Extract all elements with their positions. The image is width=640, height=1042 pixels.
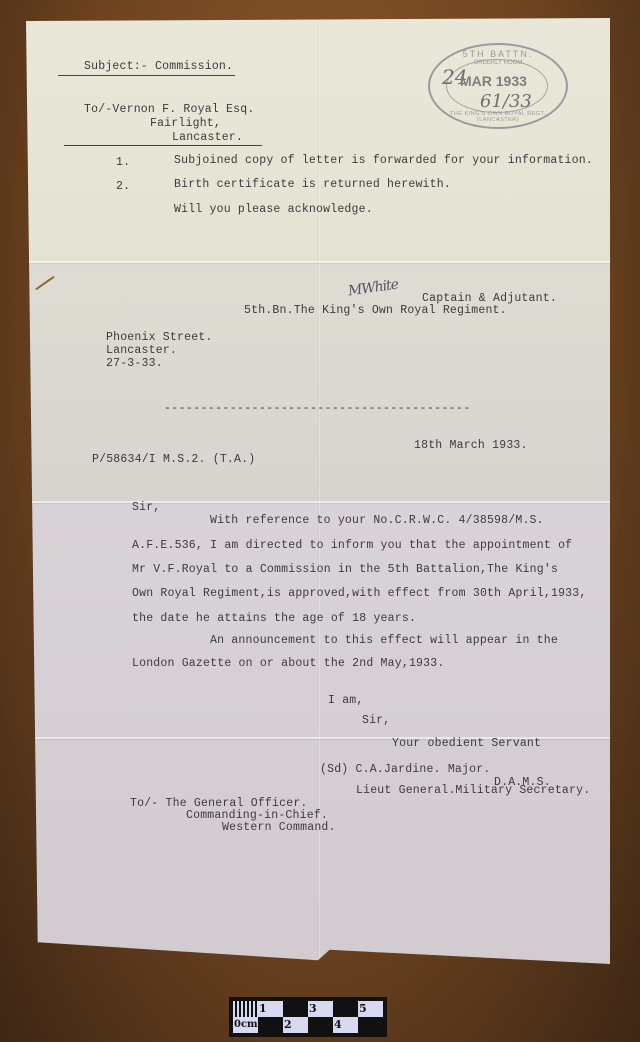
scale-label: 5 bbox=[358, 1001, 383, 1017]
addressee-underline bbox=[64, 145, 262, 146]
scale-label: 4 bbox=[333, 1017, 358, 1033]
sender-address-line-3: 27-3-33. bbox=[106, 357, 163, 370]
body-line: An announcement to this effect will appe… bbox=[210, 634, 558, 647]
subject-line: Subject:- Commission. bbox=[58, 60, 235, 76]
item-text: Birth certificate is returned herewith. bbox=[174, 178, 451, 191]
scale-ticks bbox=[233, 1001, 258, 1017]
letter-paper: Subject:- Commission. To/-Vernon F. Roya… bbox=[26, 18, 610, 964]
closing-line-1: I am, bbox=[328, 694, 364, 707]
sender-address-line-1: Phoenix Street. bbox=[106, 331, 213, 344]
stamp-top-text: 5TH BATTN. bbox=[430, 49, 566, 59]
addressee-line-1: To/-Vernon F. Royal Esq. bbox=[84, 103, 254, 116]
item-text: Will you please acknowledge. bbox=[174, 203, 373, 216]
recipient-line-3: Western Command. bbox=[222, 821, 336, 834]
addressee-line-2: Fairlight, bbox=[150, 117, 221, 130]
body-line: Mr V.F.Royal to a Commission in the 5th … bbox=[132, 563, 558, 576]
salutation: Sir, bbox=[132, 501, 160, 514]
scale-label: 2 bbox=[283, 1017, 308, 1033]
separator-line: ----------------------------------------… bbox=[164, 402, 471, 415]
item-text: Subjoined copy of letter is forwarded fo… bbox=[174, 154, 593, 167]
body-line: the date he attains the age of 18 years. bbox=[132, 612, 416, 625]
centimetre-scale-bar: 1 3 5 0cm 2 4 bbox=[229, 997, 387, 1037]
body-line: A.F.E.536, I am directed to inform you t… bbox=[132, 539, 572, 552]
scale-label: 3 bbox=[308, 1001, 333, 1017]
closing-line-2: Sir, bbox=[362, 714, 390, 727]
reference-number: P/58634/I M.S.2. (T.A.) bbox=[92, 453, 255, 466]
closing-line-6: Lieut General.Military Secretary. bbox=[356, 784, 590, 797]
addressee-line-3: Lancaster. bbox=[172, 131, 243, 144]
body-line: Own Royal Regiment,is approved,with effe… bbox=[132, 587, 586, 600]
scale-label: 1 bbox=[258, 1001, 283, 1017]
sender-address-line-2: Lancaster. bbox=[106, 344, 177, 357]
body-line: With reference to your No.C.R.W.C. 4/385… bbox=[210, 514, 544, 527]
item-number: 2. bbox=[116, 180, 130, 193]
item-number: 1. bbox=[116, 156, 130, 169]
stamp-number: 61/33 bbox=[480, 91, 532, 112]
letter-date: 18th March 1933. bbox=[414, 439, 528, 452]
stamp-date: MAR 1933 bbox=[460, 73, 527, 89]
scale-label: 0cm bbox=[233, 1017, 258, 1033]
stamp-bottom-text: THE KING'S OWN ROYAL REGT. (LANCASTER) bbox=[430, 111, 566, 123]
closing-line-4: (Sd) C.A.Jardine. Major. bbox=[320, 763, 490, 776]
body-line: London Gazette on or about the 2nd May,1… bbox=[132, 657, 444, 670]
orderly-room-stamp: 5TH BATTN. ORDERLY ROOM 24 MAR 1933 61/3… bbox=[428, 43, 568, 129]
signer-unit: 5th.Bn.The King's Own Royal Regiment. bbox=[244, 304, 507, 317]
closing-line-3: Your obedient Servant bbox=[392, 737, 541, 750]
